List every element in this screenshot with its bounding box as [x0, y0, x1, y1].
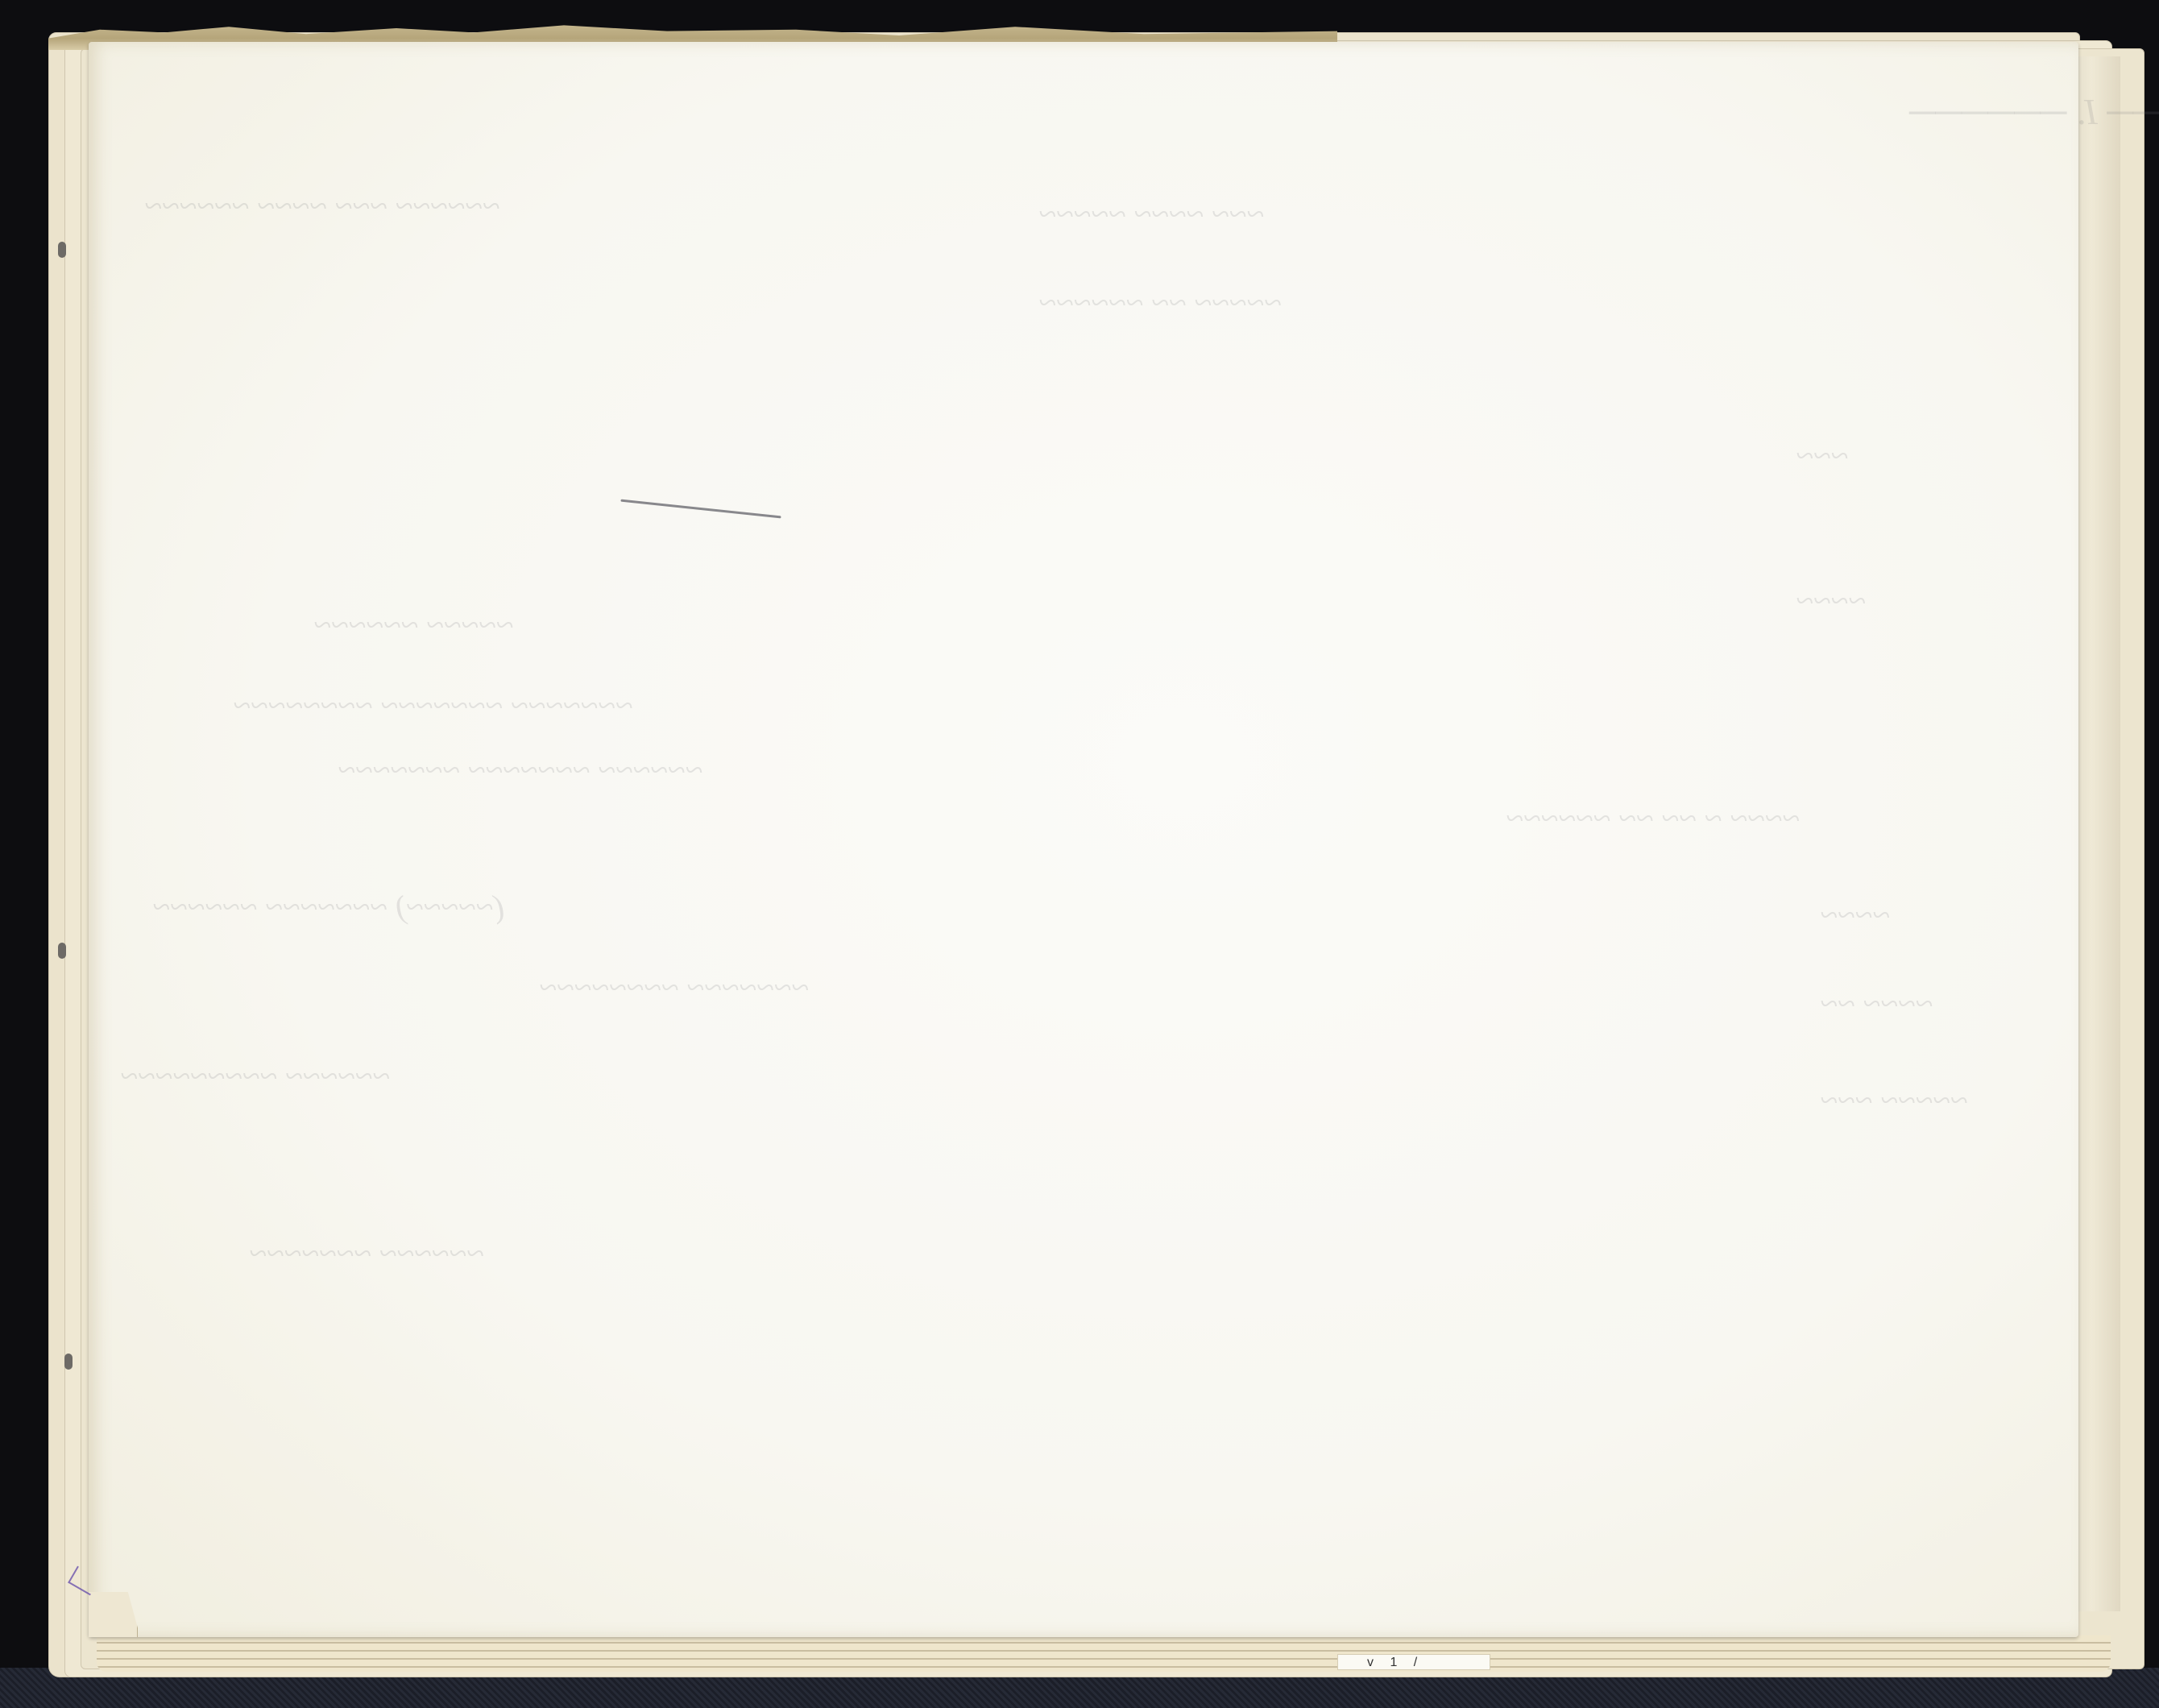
bleed-through-text: ~~~~~~ ~~~ ~~~~ ~~~~~~ — [145, 187, 500, 225]
binding-hole — [58, 943, 66, 959]
bleed-through-text: ~~~~~~ ~~~~~~~ — [250, 1234, 484, 1272]
bleed-through-text: (~~~~~) ~~~~~~~ ~~~~~~ — [153, 888, 504, 926]
bleed-through-text: ~~~ — [1796, 437, 1849, 475]
bleed-through-text: ~~~~~ ~~~~~~ — [314, 606, 514, 644]
pencil-stroke — [620, 500, 781, 519]
bleed-through-text: ~~~~~~~ ~~~~~~~ ~~~~~~~~ — [234, 686, 633, 724]
bleed-through-text: ~~~~ ~~ — [1821, 985, 1933, 1022]
bleed-through-text: ~~~ ~~~~ ~~~~~ — [1039, 195, 1265, 233]
bleed-through-text: ~~~~~ ~~~ — [1821, 1081, 1968, 1119]
bleed-through-text: ~~~~~ ~~ ~~~~~~ — [1039, 284, 1282, 321]
bleed-through-text: ──────── I. ────── — [1909, 90, 2159, 133]
binding-hole — [64, 1354, 73, 1370]
bleed-through-text: ~~~~ — [1821, 896, 1891, 934]
bleed-through-text: ~~~~ — [1796, 582, 1867, 620]
bottom-page-tab: v 1 / — [1337, 1654, 1490, 1670]
bleed-through-text: ~~~~ ~ ~~ ~~ ~~~~~~ — [1506, 799, 1801, 837]
bleed-through-text: ~~~~~~ ~~~~~~~~~ — [121, 1057, 391, 1095]
binding-hole — [58, 242, 66, 258]
page-stack-bottom — [97, 1635, 2111, 1672]
notebook-page: ──────── I. ────── ~~~ ~~~~ ~~~~~ ~~~~~ … — [89, 42, 2078, 1637]
bleed-through-text: ~~~~~~ ~~~~~~~ ~~~~~~~ — [338, 751, 703, 789]
bleed-through-text: ~~~~~~~ ~~~~~~~~ — [540, 968, 810, 1006]
